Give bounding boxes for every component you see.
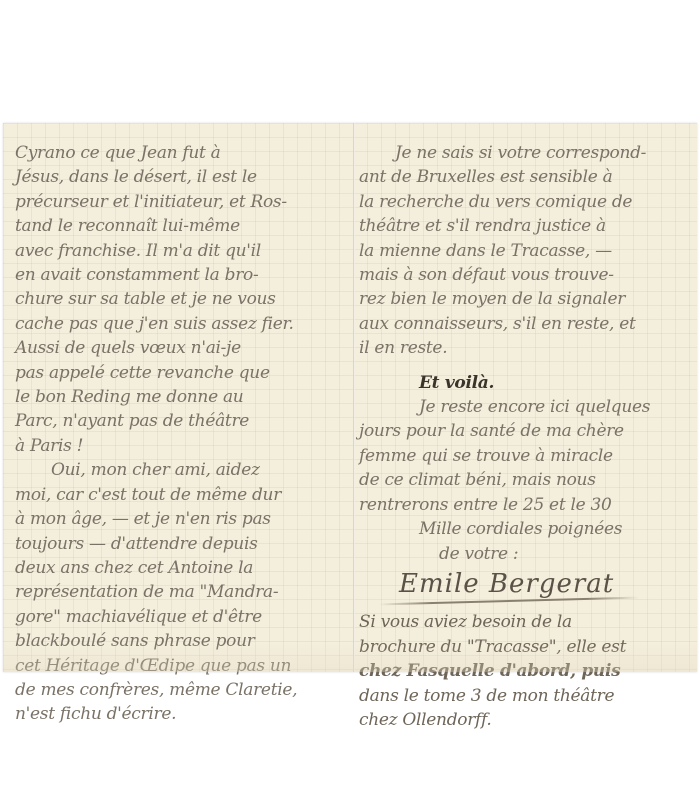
letter-line: gore" machiavélique et d'être (15, 605, 345, 629)
letter-line: Jésus, dans le désert, il est le (15, 165, 345, 189)
letter-line: ant de Bruxelles est sensible à (359, 165, 689, 189)
letter-line: Si vous aviez besoin de la (359, 610, 689, 634)
letter-line: brochure du "Tracasse", elle est (359, 635, 689, 659)
letter-line: toujours — d'attendre depuis (15, 532, 345, 556)
letter-line: à mon âge, — et je n'en ris pas (15, 507, 345, 531)
letter-line: Je reste encore ici quelques (359, 395, 689, 419)
letter-line: précurseur et l'initiateur, et Ros- (15, 190, 345, 214)
letter-line: la recherche du vers comique de (359, 190, 689, 214)
letter-line: Mille cordiales poignées (359, 517, 689, 541)
letter-line: Parc, n'ayant pas de théâtre (15, 409, 345, 433)
letter-line: n'est fichu d'écrire. (15, 702, 345, 726)
letter-line: chez Ollendorff. (359, 708, 689, 732)
letter-line: le bon Reding me donne au (15, 385, 345, 409)
letter-line: de mes confrères, même Claretie, (15, 678, 345, 702)
letter-line: avec franchise. Il m'a dit qu'il (15, 239, 345, 263)
letter-line: il en reste. (359, 336, 689, 360)
letter-line: chure sur sa table et je ne vous (15, 287, 345, 311)
letter-line: représentation de ma "Mandra- (15, 580, 345, 604)
letter-line: en avait constamment la bro- (15, 263, 345, 287)
paper-fold-line (353, 123, 355, 672)
letter-line: théâtre et s'il rendra justice à (359, 214, 689, 238)
left-page: Cyrano ce que Jean fut à Jésus, dans le … (15, 141, 345, 727)
letter-line: rez bien le moyen de la signaler (359, 287, 689, 311)
postscript: Si vous aviez besoin de la brochure du "… (359, 610, 689, 732)
letter-line: Je ne sais si votre correspond- (359, 141, 689, 165)
letter-line: Aussi de quels vœux n'ai-je (15, 336, 345, 360)
letter-line: deux ans chez cet Antoine la (15, 556, 345, 580)
letter-line: chez Fasquelle d'abord, puis (359, 659, 689, 683)
letter-line: femme qui se trouve à miracle (359, 444, 689, 468)
letter-line: moi, car c'est tout de même dur (15, 483, 345, 507)
letter-line: dans le tome 3 de mon théâtre (359, 684, 689, 708)
letter-line: jours pour la santé de ma chère (359, 419, 689, 443)
letter-line: à Paris ! (15, 434, 345, 458)
closing-exclamation: Et voilà. (359, 371, 689, 395)
letter-line: pas appelé cette revanche que (15, 361, 345, 385)
letter-line: cache pas que j'en suis assez fier. (15, 312, 345, 336)
letter-line: la mienne dans le Tracasse, — (359, 239, 689, 263)
letter-line: tand le reconnaît lui-même (15, 214, 345, 238)
right-page: Je ne sais si votre correspond- ant de B… (359, 141, 689, 732)
signature: Emile Bergerat (359, 572, 689, 596)
letter-line: aux connaisseurs, s'il en reste, et (359, 312, 689, 336)
letter-line: mais à son défaut vous trouve- (359, 263, 689, 287)
letter-line: blackboulé sans phrase pour (15, 629, 345, 653)
letter-line: cet Héritage d'Œdipe que pas un (15, 654, 345, 678)
spacer (359, 361, 689, 371)
letter-line: de votre : (359, 542, 689, 566)
letter-sheet: Cyrano ce que Jean fut à Jésus, dans le … (3, 123, 697, 672)
letter-line: rentrerons entre le 25 et le 30 (359, 493, 689, 517)
letter-line: de ce climat béni, mais nous (359, 468, 689, 492)
letter-line: Cyrano ce que Jean fut à (15, 141, 345, 165)
letter-line: Oui, mon cher ami, aidez (15, 458, 345, 482)
